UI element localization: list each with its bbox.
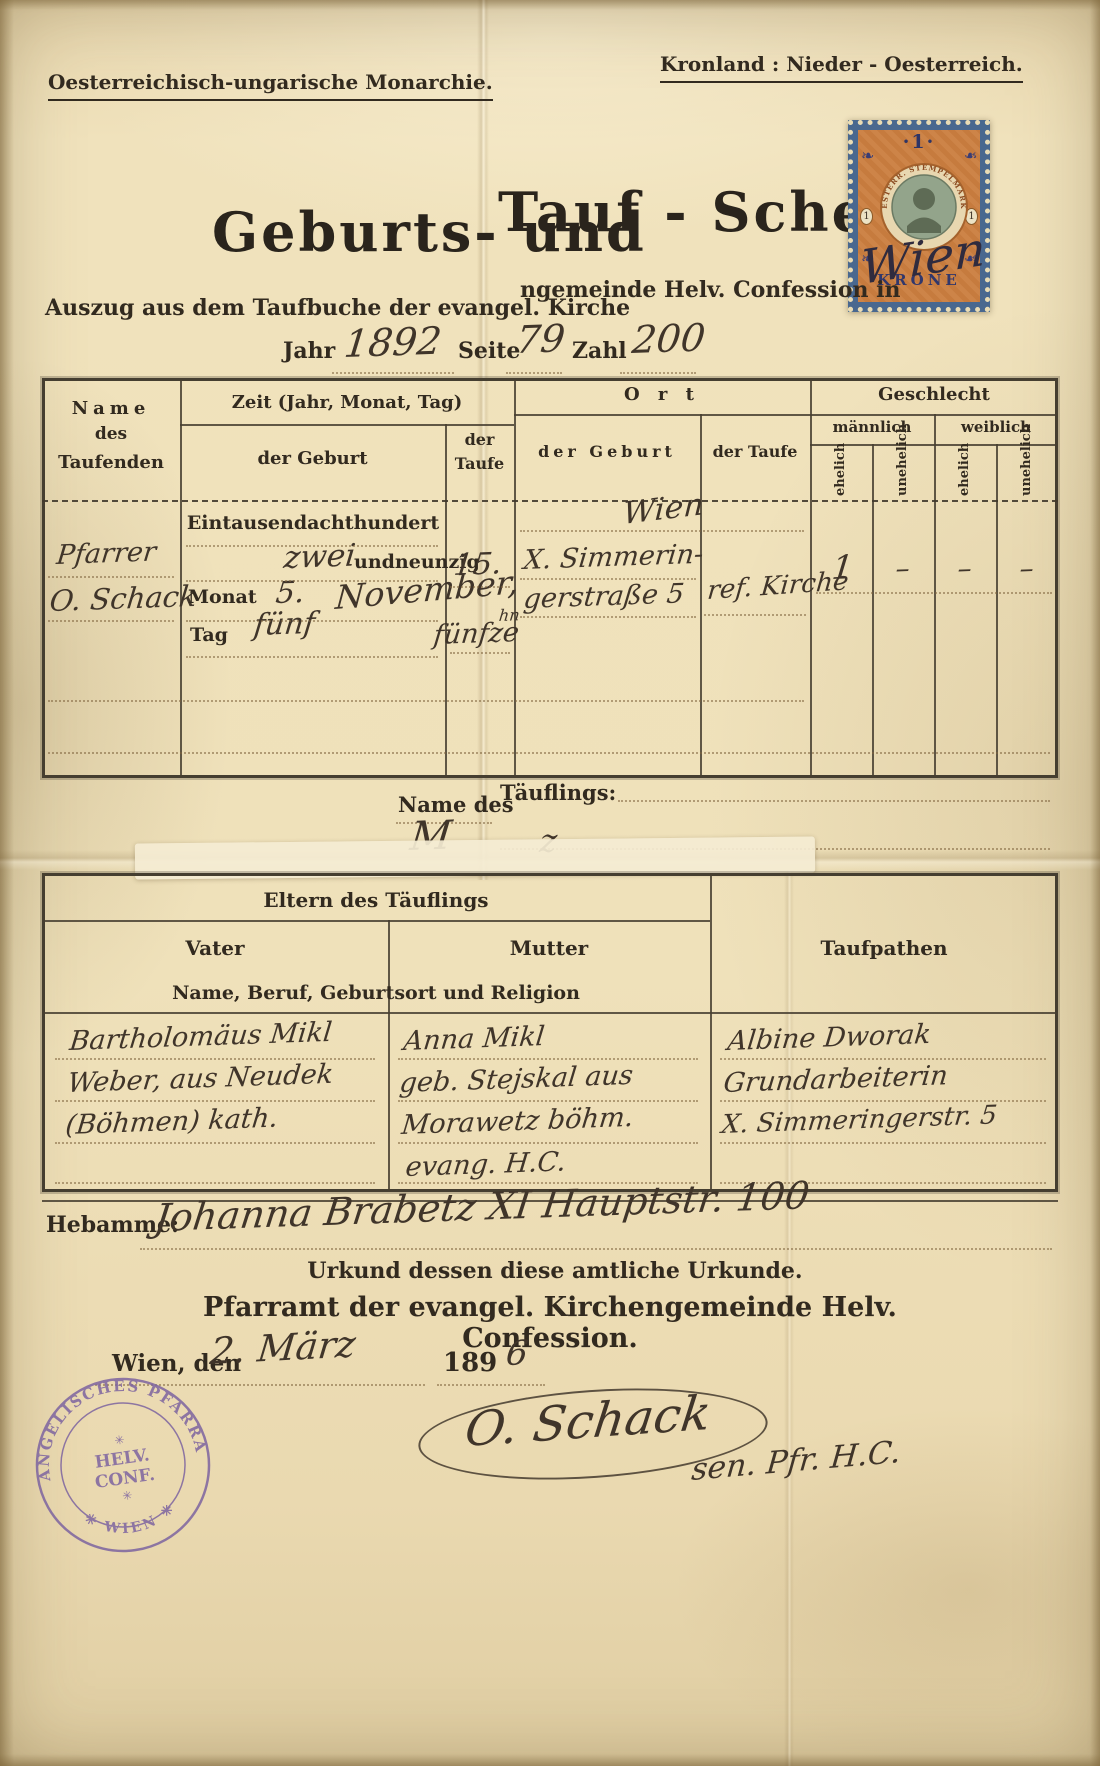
table-rule bbox=[710, 873, 712, 1192]
dotted-line bbox=[720, 1058, 1046, 1060]
col-header-maennlich: männlich bbox=[810, 418, 934, 436]
table-rule bbox=[388, 920, 390, 1192]
top-page-edge bbox=[0, 0, 1100, 10]
taufender-entry-1: Pfarrer bbox=[55, 537, 158, 571]
table-rule bbox=[42, 1012, 1058, 1014]
seite-label: Seite bbox=[458, 338, 520, 364]
col-header-geschlecht: Geschlecht bbox=[810, 384, 1058, 405]
tag-value: fünf bbox=[252, 606, 317, 643]
svg-text:✳: ✳ bbox=[121, 1488, 133, 1503]
datum-handwritten: 2. März bbox=[208, 1323, 358, 1373]
taufpathen-label: Taufpathen bbox=[710, 936, 1058, 960]
col-header-name: Name bbox=[42, 398, 180, 419]
table-rule bbox=[934, 414, 936, 778]
seite-value: 79 bbox=[514, 316, 567, 362]
dotted-line bbox=[520, 578, 696, 580]
dotted-line bbox=[450, 586, 510, 588]
table-rule bbox=[42, 920, 710, 922]
col-header-ort: O r t bbox=[514, 384, 810, 405]
dotted-line bbox=[450, 652, 510, 654]
col-header-ort-taufe: der Taufe bbox=[700, 442, 810, 461]
dotted-line bbox=[48, 576, 174, 578]
dotted-line bbox=[720, 1142, 1046, 1144]
dotted-line bbox=[398, 1058, 698, 1060]
dotted-line bbox=[816, 592, 1052, 594]
monat-label: Monat bbox=[188, 586, 257, 608]
col-header-ort-geburt: der Geburt bbox=[514, 442, 700, 461]
dotted-line bbox=[48, 700, 804, 702]
dotted-line bbox=[55, 1058, 375, 1060]
jahr-value: 1892 bbox=[342, 319, 444, 366]
dotted-line bbox=[398, 1142, 698, 1144]
dotted-line bbox=[140, 1248, 1052, 1250]
dotted-line bbox=[186, 580, 438, 582]
geschlecht-mark-1: 1 bbox=[830, 547, 855, 587]
document-page: Oesterreichisch-ungarische Monarchie. Kr… bbox=[0, 0, 1100, 1766]
dotted-line bbox=[704, 614, 806, 616]
ort-geburt-street-2: gerstraße 5 bbox=[522, 578, 686, 615]
jahr-handwritten: 6 bbox=[504, 1333, 530, 1374]
urkund-line: Urkund dessen diese amtliche Urkunde. bbox=[300, 1258, 810, 1284]
svg-text:✳: ✳ bbox=[114, 1433, 126, 1448]
col-header-unehelich-m: unehelich bbox=[895, 448, 910, 496]
col-header-ehelich-m: ehelich bbox=[833, 448, 848, 496]
table-rule bbox=[180, 378, 182, 778]
dotted-line bbox=[332, 372, 454, 374]
col-header-ehelich-w: ehelich bbox=[957, 448, 972, 496]
left-page-edge bbox=[0, 0, 14, 1766]
geburt-year-printed: Eintausendachthundert bbox=[186, 512, 440, 534]
dotted-line bbox=[55, 1182, 375, 1184]
table-rule bbox=[700, 414, 702, 778]
mutter-label: Mutter bbox=[388, 936, 710, 960]
dotted-line bbox=[55, 1142, 375, 1144]
mutter-entry-1: Anna Mikl bbox=[402, 1021, 546, 1057]
col-header-zeit-taufe-1: der bbox=[445, 430, 514, 449]
bottom-page-edge bbox=[0, 1754, 1100, 1766]
dotted-line bbox=[620, 372, 696, 374]
monarchy-label: Oesterreichisch-ungarische Monarchie. bbox=[48, 70, 493, 101]
col-header-unehelich-w: unehelich bbox=[1019, 448, 1034, 496]
ort-geburt-street-1: X. Simmerin- bbox=[522, 539, 705, 576]
stamp-value: ·1· bbox=[858, 131, 980, 153]
table-rule bbox=[180, 424, 514, 426]
dotted-line bbox=[186, 620, 438, 622]
kronland-label: Kronland : Nieder - Oesterreich. bbox=[660, 52, 1023, 83]
zahl-value: 200 bbox=[630, 315, 707, 362]
extract-line-right: ngemeinde Helv. Confession in bbox=[520, 277, 901, 303]
jahr-printed: 189 bbox=[443, 1348, 497, 1378]
eltern-section-label: Eltern des Täuflings bbox=[42, 888, 710, 912]
zahl-label: Zahl bbox=[572, 338, 627, 364]
eltern-subheader: Name, Beruf, Geburtsort und Religion bbox=[42, 982, 710, 1004]
table-rule bbox=[872, 444, 874, 778]
col-header-weiblich: weiblich bbox=[934, 418, 1058, 436]
dotted-line bbox=[186, 656, 438, 658]
table-rule bbox=[514, 414, 1058, 416]
dotted-line bbox=[55, 1100, 375, 1102]
col-header-zeit-geburt: der Geburt bbox=[180, 448, 445, 469]
jahr-label: Jahr bbox=[283, 338, 335, 364]
taufe-day: 15. bbox=[452, 546, 504, 583]
dotted-line bbox=[506, 372, 562, 374]
dotted-line bbox=[437, 1384, 545, 1386]
table-rule bbox=[996, 444, 998, 778]
geburt-year-handwritten: zwei bbox=[282, 538, 357, 576]
mutter-entry-4: evang. H.C. bbox=[404, 1146, 568, 1183]
dotted-line bbox=[720, 1100, 1046, 1102]
taufender-entry-2: O. Schack bbox=[48, 579, 199, 618]
dotted-line bbox=[520, 616, 696, 618]
svg-text:✳ WIEN ✳: ✳ WIEN ✳ bbox=[80, 1498, 182, 1544]
dotted-line bbox=[520, 530, 804, 532]
col-header-zeit-taufe-2: Taufe bbox=[445, 454, 514, 473]
parish-seal: EVANGELISCHES PFARRAMT ✳ WIEN ✳ ✳ HELV. … bbox=[30, 1372, 216, 1558]
table-header-divider bbox=[42, 500, 1058, 502]
right-page-edge bbox=[1090, 0, 1100, 1766]
tag-label: Tag bbox=[190, 624, 228, 646]
taeufling-label-right: Täuflings: bbox=[500, 780, 616, 805]
dotted-line bbox=[398, 1100, 698, 1102]
col-header-name-2: des bbox=[42, 424, 180, 444]
dotted-line bbox=[48, 620, 174, 622]
taufe-year-superscript: hn bbox=[498, 605, 521, 625]
dotted-line bbox=[186, 545, 438, 547]
dotted-line bbox=[618, 800, 1050, 802]
vater-label: Vater bbox=[42, 936, 388, 960]
col-header-name-3: Taufenden bbox=[42, 452, 180, 473]
dotted-line bbox=[48, 752, 1050, 754]
col-header-zeit: Zeit (Jahr, Monat, Tag) bbox=[180, 392, 514, 413]
